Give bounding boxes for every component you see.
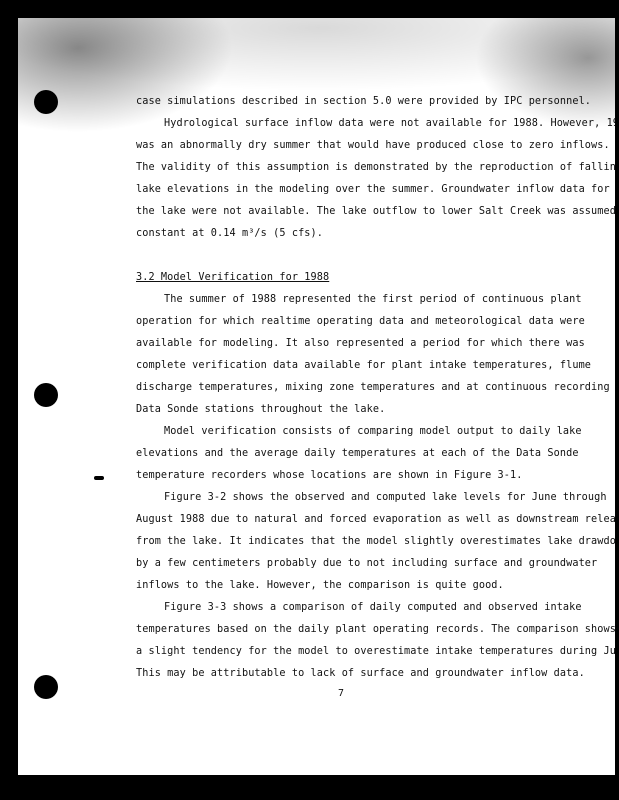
- text-line: Model verification consists of comparing…: [136, 426, 582, 437]
- scan-mark: [94, 476, 104, 480]
- text-line: The validity of this assumption is demon…: [136, 162, 615, 173]
- punch-hole-middle-icon: [34, 383, 58, 407]
- text-line: operation for which realtime operating d…: [136, 316, 585, 327]
- text-line: temperature recorders whose locations ar…: [136, 470, 522, 481]
- text-line: The summer of 1988 represented the first…: [136, 294, 582, 305]
- text-line: Hydrological surface inflow data were no…: [136, 118, 615, 129]
- page-number: 7: [338, 688, 344, 699]
- section-heading: 3.2 Model Verification for 1988: [136, 272, 329, 283]
- text-line: August 1988 due to natural and forced ev…: [136, 514, 615, 525]
- text-line: case simulations described in section 5.…: [136, 96, 591, 107]
- text-line: discharge temperatures, mixing zone temp…: [136, 382, 610, 393]
- text-line: inflows to the lake. However, the compar…: [136, 580, 504, 591]
- text-line: elevations and the average daily tempera…: [136, 448, 579, 459]
- text-line: constant at 0.14 m³/s (5 cfs).: [136, 228, 323, 239]
- punch-hole-bottom-icon: [34, 675, 58, 699]
- text-line: was an abnormally dry summer that would …: [136, 140, 610, 151]
- punch-hole-top-icon: [34, 90, 58, 114]
- text-line: complete verification data available for…: [136, 360, 591, 371]
- text-line: available for modeling. It also represen…: [136, 338, 585, 349]
- text-line: Figure 3-3 shows a comparison of daily c…: [136, 602, 582, 613]
- scanned-page: case simulations described in section 5.…: [18, 18, 615, 775]
- text-line: from the lake. It indicates that the mod…: [136, 536, 615, 547]
- text-line: Figure 3-2 shows the observed and comput…: [136, 492, 607, 503]
- text-line: a slight tendency for the model to overe…: [136, 646, 615, 657]
- text-line: temperatures based on the daily plant op…: [136, 624, 615, 635]
- text-line: This may be attributable to lack of surf…: [136, 668, 585, 679]
- text-line: by a few centimeters probably due to not…: [136, 558, 597, 569]
- text-line: lake elevations in the modeling over the…: [136, 184, 610, 195]
- text-line: the lake were not available. The lake ou…: [136, 206, 615, 217]
- text-line: Data Sonde stations throughout the lake.: [136, 404, 385, 415]
